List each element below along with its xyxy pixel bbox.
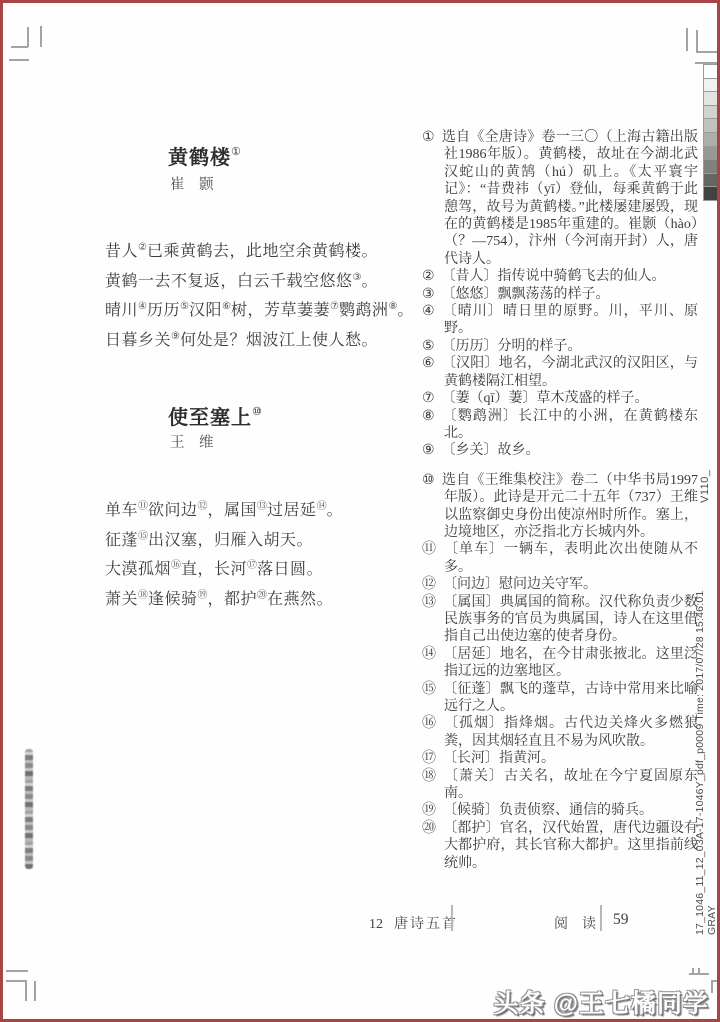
annotation-item: ⑳〔都护〕官名，汉代始置，唐代边疆设有大都护府，其长官称大都护。这里指前线统帅。 [422, 820, 698, 872]
annotation-number: ⑧ [422, 409, 436, 424]
footer-page-number: 59 [613, 911, 629, 929]
annotation-number: ⑤ [422, 339, 435, 354]
annotation-number: ⑮ [422, 682, 436, 697]
annotation-text: 〔汉阳〕地名，今湖北武汉的汉阳区，与黄鹤楼隔江相望。 [442, 356, 698, 388]
footnote-ref: ⑰ [247, 560, 257, 571]
grayscale-step [703, 92, 718, 106]
annotation-item: ⑭〔居延〕地名，在今甘肃张掖北。这里泛指辽远的边塞地区。 [422, 646, 698, 681]
annotation-text: 〔都护〕官名，汉代始置，唐代边疆设有大都护府，其长官称大都护。这里指前线统帅。 [443, 821, 698, 871]
annotation-item: ⑲〔候骑〕负责侦察、通信的骑兵。 [422, 802, 698, 819]
annotation-item: ②〔昔人〕指传说中骑鹤飞去的仙人。 [422, 268, 698, 285]
annotation-number: ⑱ [422, 769, 437, 784]
poem-author: 王 维 [170, 431, 214, 452]
annotation-number: ⑥ [422, 356, 435, 371]
annotation-text: 〔征蓬〕飘飞的蓬草，古诗中常用来比喻远行之人。 [443, 682, 698, 714]
poem-title-text: 黄鹤楼 [168, 147, 231, 169]
annotation-number: ⑲ [422, 803, 436, 818]
crop-mark [686, 28, 688, 51]
annotation-item: ⑬〔属国〕典属国的简称。汉代称负责少数民族事务的官员为典属国，诗人在这里借指自己… [422, 594, 698, 646]
poem-line: 征蓬⑮出汉塞，归雁入胡天。 [105, 524, 343, 554]
footer-divider [451, 905, 453, 931]
annotation-text: 〔属国〕典属国的简称。汉代称负责少数民族事务的官员为典属国，诗人在这里借指自己出… [443, 595, 698, 645]
footnote-ref: ③ [353, 272, 362, 283]
crop-mark [6, 980, 26, 982]
annotation-number: ⑯ [422, 716, 437, 731]
annotation-text: 〔问边〕慰问边关守军。 [443, 577, 597, 592]
crop-mark [698, 968, 700, 974]
poem-line: 大漠孤烟⑯直，长河⑰落日圆。 [105, 553, 343, 583]
margin-file-code-line: 17_1046_11_12_03A-17-1046Y_pdf_p0009 Tim… [695, 591, 707, 935]
annotation-text: 〔孤烟〕指烽烟。古代边关烽火多燃狼粪，因其烟轻直且不易为风吹散。 [444, 716, 698, 748]
footnote-ref: ⑫ [198, 501, 208, 512]
crop-mark [27, 27, 29, 47]
annotation-text: 〔居延〕地名，在今甘肃张掖北。这里泛指辽远的边塞地区。 [443, 647, 698, 679]
footnote-ref: ⑳ [257, 590, 267, 601]
poem-title: 使至塞上⑩ [168, 401, 262, 430]
annotation-text: 〔悠悠〕飘飘荡荡的样子。 [442, 287, 610, 302]
margin-gray-label: GRAY [707, 591, 719, 935]
poem-author: 崔 颢 [170, 173, 214, 194]
margin-file-code: 17_1046_11_12_03A-17-1046Y_pdf_p0009 Tim… [695, 591, 718, 935]
annotation-text: 〔候骑〕负责侦察、通信的骑兵。 [443, 803, 653, 818]
annotation-item: ⑩选自《王维集校注》卷二（中华书局1997年版）。此诗是开元二十五年（737）王… [422, 472, 698, 542]
footnote-ref: ⑧ [388, 301, 397, 312]
annotation-item: ⑦〔萋（qī）萋〕草木茂盛的样子。 [422, 390, 698, 407]
footnote-ref: ⑬ [257, 501, 267, 512]
footnote-ref: ⑲ [198, 590, 208, 601]
poem-line: 黄鹤一去不复返，白云千载空悠悠③。 [105, 265, 414, 295]
annotation-number: ① [422, 130, 435, 145]
annotation-number: ⑳ [422, 821, 436, 836]
annotation-number: ⑬ [422, 595, 436, 610]
footer-lesson-number: 12 [369, 917, 383, 932]
annotation-number: ③ [422, 287, 435, 302]
annotation-item: ⑥〔汉阳〕地名，今湖北武汉的汉阳区，与黄鹤楼隔江相望。 [422, 355, 698, 390]
annotation-item: ⑮〔征蓬〕飘飞的蓬草，古诗中常用来比喻远行之人。 [422, 681, 698, 716]
annotation-item: ⑫〔问边〕慰问边关守军。 [422, 576, 698, 593]
annotation-number: ⑭ [422, 647, 436, 662]
footer-divider [600, 905, 602, 931]
footer-section-label: 阅 读 [554, 913, 596, 933]
annotation-item: ⑱〔萧关〕古关名，故址在今宁夏固原东南。 [422, 768, 698, 803]
crop-mark [34, 981, 36, 1001]
crop-mark [9, 59, 29, 61]
grayscale-step [703, 119, 718, 133]
crop-mark [25, 980, 27, 1001]
annotation-text: 〔鹦鹉洲〕长江中的小洲，在黄鹤楼东北。 [443, 409, 698, 441]
poem-line: 昔人②已乘黄鹤去，此地空余黄鹤楼。 [105, 235, 414, 265]
grayscale-calibration-strip [703, 64, 717, 201]
annotation-text: 〔晴川〕晴日里的原野。川，平川、原野。 [443, 304, 698, 336]
annotation-text: 〔乡关〕故乡。 [442, 443, 540, 458]
annotation-text: 选自《王维集校注》卷二（中华书局1997年版）。此诗是开元二十五年（737）王维… [442, 473, 698, 540]
annotation-item: ①选自《全唐诗》卷一三〇（上海古籍出版社1986年版）。黄鹤楼，故址在今湖北武汉… [422, 129, 698, 268]
annotation-number: ⑪ [422, 542, 437, 557]
footnote-ref: ⑭ [317, 501, 327, 512]
annotation-text: 〔萧关〕古关名，故址在今宁夏固原东南。 [444, 769, 698, 801]
crop-mark [696, 30, 698, 52]
grayscale-step [703, 147, 718, 161]
poem-line: 萧关⑱逢候骑⑲，都护⑳在燕然。 [105, 583, 343, 613]
grayscale-step [703, 160, 718, 174]
footnote-ref: ⑪ [138, 501, 148, 512]
annotation-item: ③〔悠悠〕飘飘荡荡的样子。 [422, 286, 698, 303]
watermark: 头条 @王七橘同学 [494, 984, 709, 1020]
footer-lesson-title: 唐诗五首 [394, 917, 458, 932]
annotation-text: 〔单车〕一辆车，表明此次出使随从不多。 [444, 542, 698, 574]
annotation-number: ⑦ [422, 391, 435, 406]
annotation-item: ⑯〔孤烟〕指烽烟。古代边关烽火多燃狼粪，因其烟轻直且不易为风吹散。 [422, 715, 698, 750]
footnote-ref: ④ [138, 301, 147, 312]
annotation-number: ② [422, 269, 435, 284]
crop-mark [696, 51, 719, 53]
grayscale-step [703, 64, 718, 79]
poem-title-text: 使至塞上 [168, 407, 252, 429]
textbook-scan-page: 黄鹤楼① 崔 颢 昔人②已乘黄鹤去，此地空余黄鹤楼。黄鹤一去不复返，白云千载空悠… [0, 0, 720, 1022]
footnote-ref: ⑥ [222, 301, 231, 312]
annotation-number: ⑨ [422, 443, 435, 458]
scan-smudge [25, 749, 33, 869]
footer-lesson: 12唐诗五首 [369, 913, 458, 933]
footnote-ref: ⑤ [180, 301, 189, 312]
poem-title: 黄鹤楼① [168, 141, 241, 170]
grayscale-step [703, 133, 718, 147]
annotation-text: 选自《全唐诗》卷一三〇（上海古籍出版社1986年版）。黄鹤楼，故址在今湖北武汉蛇… [442, 130, 698, 267]
annotation-number: ⑩ [422, 473, 435, 488]
annotation-text: 〔昔人〕指传说中骑鹤飞去的仙人。 [442, 269, 666, 284]
margin-code-v110: V110_ [699, 470, 711, 504]
annotation-item: ④〔晴川〕晴日里的原野。川，平川、原野。 [422, 303, 698, 338]
annotation-item: ⑧〔鹦鹉洲〕长江中的小洲，在黄鹤楼东北。 [422, 408, 698, 443]
grayscale-step [703, 106, 718, 120]
crop-mark [6, 970, 28, 972]
annotation-number: ④ [422, 304, 436, 319]
crop-mark [11, 46, 28, 48]
annotation-item: ⑪〔单车〕一辆车，表明此次出使随从不多。 [422, 541, 698, 576]
poem-lines: 昔人②已乘黄鹤去，此地空余黄鹤楼。黄鹤一去不复返，白云千载空悠悠③。晴川④历历⑤… [105, 235, 414, 353]
crop-mark [40, 26, 42, 47]
annotation-item: ⑨〔乡关〕故乡。 [422, 442, 698, 459]
footnote-ref: ⑱ [138, 590, 148, 601]
annotation-text: 〔历历〕分明的样子。 [442, 339, 582, 354]
annotation-item: ⑰〔长河〕指黄河。 [422, 750, 698, 767]
annotation-number: ⑫ [422, 577, 436, 592]
poem-lines: 单车⑪欲问边⑫，属国⑬过居延⑭。征蓬⑮出汉塞，归雁入胡天。大漠孤烟⑯直，长河⑰落… [105, 494, 343, 612]
annotations-column: ①选自《全唐诗》卷一三〇（上海古籍出版社1986年版）。黄鹤楼，故址在今湖北武汉… [422, 129, 698, 872]
crop-mark [692, 968, 694, 974]
footnote-ref: ⑨ [171, 331, 180, 342]
footnote-ref: ⑩ [252, 406, 262, 418]
grayscale-step [703, 79, 718, 93]
annotation-text: 〔长河〕指黄河。 [443, 751, 555, 766]
poem-line: 晴川④历历⑤汉阳⑥树，芳草萋萋⑦鹦鹉洲⑧。 [105, 294, 414, 324]
footnote-ref: ① [231, 146, 241, 158]
grayscale-step [703, 174, 718, 188]
poem-line: 单车⑪欲问边⑫，属国⑬过居延⑭。 [105, 494, 343, 524]
footnote-ref: ⑦ [330, 301, 339, 312]
footnote-ref: ② [138, 242, 147, 253]
poem-line: 日暮乡关⑨何处是？烟波江上使人愁。 [105, 324, 414, 354]
annotation-item: ⑤〔历历〕分明的样子。 [422, 338, 698, 355]
footnote-ref: ⑮ [138, 531, 148, 542]
crop-mark [711, 980, 713, 993]
annotation-number: ⑰ [422, 751, 436, 766]
grayscale-step [703, 187, 718, 201]
footnote-ref: ⑯ [171, 560, 181, 571]
annotation-text: 〔萋（qī）萋〕草木茂盛的样子。 [442, 391, 649, 406]
